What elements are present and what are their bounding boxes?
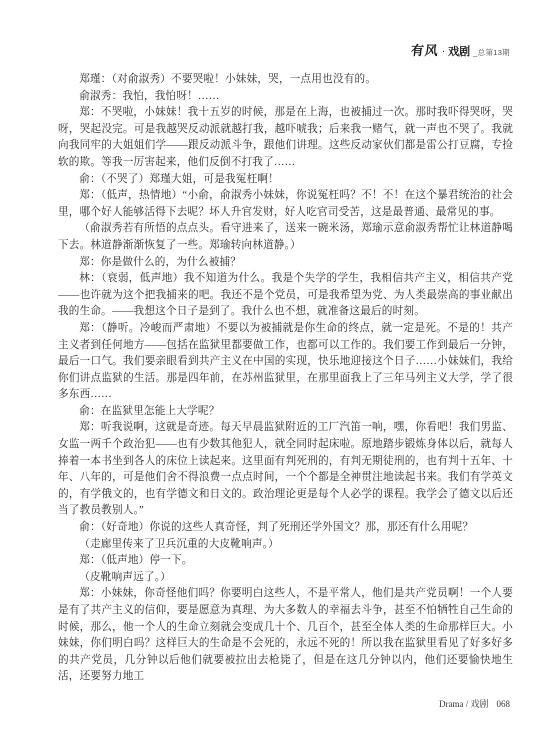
magazine-page: 有风 · 戏剧 _总第13期 郑瑾：（对俞淑秀）不要哭啦！小妹妹，哭，一点用也没…: [0, 0, 554, 746]
script-paragraph: 俞：在监狱里怎能上大学呢？: [58, 404, 513, 421]
magazine-logo: 有风: [410, 40, 440, 59]
script-paragraph: （走廊里传来了卫兵沉重的大皮靴响声。）: [58, 537, 513, 554]
script-paragraph: 俞：（不哭了）郑瑾大姐，可是我冤枉啊！: [58, 172, 513, 189]
script-paragraph: 俞：（好奇地）你说的这些人真奇怪，判了死刑还学外国文？那，那还有什么用呢？: [58, 520, 513, 537]
script-paragraph: 郑：小妹妹，你奇怪他们吗？你要明白这些人，不是平常人，他们是共产党员啊！一个人要…: [58, 586, 513, 686]
script-paragraph: 郑：（低声地）停一下。: [58, 553, 513, 570]
script-paragraph: 郑：不哭啦，小妹妹！我十五岁的时候，那是在上海，也被捕过一次。那时我吓得哭呀，哭…: [58, 105, 513, 171]
masthead-separator-dot: ·: [442, 47, 445, 58]
script-paragraph: 林：（衰弱，低声地）我不知道为什么。我是个失学的学生，我相信共产主义，相信共产党…: [58, 271, 513, 321]
footer-page-number: 068: [497, 699, 511, 709]
script-paragraph: 郑：听我说啊，这就是奇迹。每天早晨监狱附近的工厂汽笛一响，嘿，你看吧！我们男监、…: [58, 420, 513, 520]
script-paragraph: 俞淑秀：我怕，我怕呀！……: [58, 89, 513, 106]
script-paragraph: 郑：你是做什么的，为什么被捕？: [58, 255, 513, 272]
script-paragraph: （俞淑秀若有所悟的点点头。看守进来了，送来一碗米汤，郑瑜示意俞淑秀帮忙让林道静喝…: [58, 221, 513, 254]
script-paragraph: （皮靴响声远了。）: [58, 570, 513, 587]
masthead: 有风 · 戏剧 _总第13期: [411, 40, 510, 59]
masthead-section-label: 戏剧: [448, 43, 470, 59]
script-text-block: 郑瑾：（对俞淑秀）不要哭啦！小妹妹，哭，一点用也没有的。俞淑秀：我怕，我怕呀！……: [58, 72, 513, 686]
masthead-issue-number: _总第13期: [473, 47, 510, 58]
script-paragraph: 郑瑾：（对俞淑秀）不要哭啦！小妹妹，哭，一点用也没有的。: [58, 72, 513, 89]
footer-section-label: Drama / 戏剧: [439, 697, 489, 710]
script-paragraph: 郑：（静听。冷峻而严肃地）不要以为被捕就是你生命的终点，就一定是死。不是的！共产…: [58, 321, 513, 404]
page-footer: Drama / 戏剧 068: [439, 697, 510, 710]
script-paragraph: 郑：（低声，热情地）“小俞，俞淑秀小妹妹，你说冤枉吗？不！不！在这个暴君统治的社…: [58, 188, 513, 221]
